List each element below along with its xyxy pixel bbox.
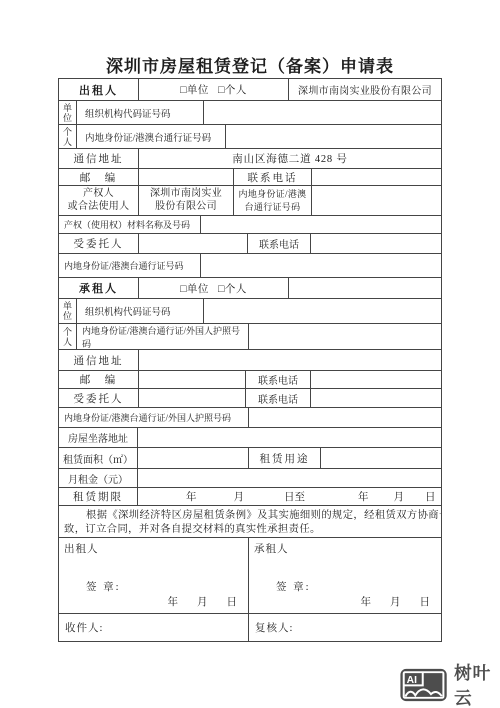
premises-location-row: 房屋坐落地址 <box>59 428 441 448</box>
property-material-label: 产权（使用权）材料名称及号码 <box>59 216 201 233</box>
lessor-agent-phone-input-cell <box>311 234 441 253</box>
property-material-input-cell <box>201 216 441 233</box>
term-year-from: 年 <box>186 489 197 504</box>
lessee-agent-id-row: 内地身份证/港澳台通行证/外国人护照号码 <box>59 408 441 428</box>
lessee-org-code-input-cell <box>204 299 441 323</box>
premises-usage-label: 租赁用途 <box>249 448 321 468</box>
lessee-phone-label: 联系电话 <box>246 371 311 388</box>
lessee-agent-phone-label: 联系电话 <box>246 389 311 407</box>
lessee-person-label: 个人 <box>62 327 73 347</box>
lessor-signature-cell: 出租人 签 章: 年 月 日 <box>59 538 249 613</box>
term-day-from-to: 日至 <box>284 489 305 504</box>
lessor-person-id-label: 内地身份证/港澳台通行证号码 <box>77 125 226 148</box>
owner-id-input-cell <box>312 186 441 215</box>
watermark: AI 树叶云 <box>400 660 500 708</box>
declaration-row: 根据《深圳经济特区房屋租赁条例》及其实施细则的规定，经租赁双方协商一 致，订立合… <box>59 506 441 538</box>
lessor-agent-phone-label: 联系电话 <box>248 234 311 253</box>
lessor-unit-label: 单位 <box>62 103 73 123</box>
lessor-label: 出租人 <box>59 79 139 100</box>
lessee-postal-input-cell <box>139 371 246 388</box>
svg-text:AI: AI <box>407 675 417 686</box>
premises-area-input-cell <box>138 448 249 468</box>
lessor-postal-input-cell <box>139 169 234 185</box>
lessee-agent-input-cell <box>139 389 246 407</box>
lessor-unit-column: 单位 <box>59 101 77 124</box>
owner-label: 产权人 或合法使用人 <box>59 186 139 215</box>
receiver-label: 收件人: <box>59 614 249 641</box>
lessee-address-label: 通信地址 <box>59 350 139 370</box>
lessor-org-code-input-cell <box>204 101 441 124</box>
lessee-address-row: 通信地址 <box>59 350 441 371</box>
lessee-unit-label: 单位 <box>62 301 73 321</box>
lessee-postal-label: 邮 编 <box>59 371 139 388</box>
lessee-person-column: 个人 <box>59 324 77 349</box>
lessor-person-id-row: 个人 内地身份证/港澳台通行证号码 <box>59 125 441 149</box>
lessee-signature-cell: 承租人 签 章: 年 月 日 <box>249 538 441 613</box>
document-page: 深圳市房屋租赁登记（备案）申请表 出租人 □单位 □个人 深圳市南岗实业股份有限… <box>0 0 500 708</box>
ai-image-logo-icon: AI <box>400 665 447 705</box>
premises-area-label: 租赁面积（㎡） <box>59 448 138 468</box>
lessor-person-label: 个人 <box>62 127 73 147</box>
lessor-postal-label: 邮 编 <box>59 169 139 185</box>
premises-location-input-cell <box>138 428 441 447</box>
lessee-agent-label: 受委托人 <box>59 389 139 407</box>
property-owner-row: 产权人 或合法使用人 深圳市南岗实业 股份有限公司 内地身份证/港澳 台通行证号… <box>59 186 441 216</box>
lessor-phone-input-cell <box>312 169 441 185</box>
lessee-person-id-input-cell <box>249 324 441 349</box>
signature-row: 出租人 签 章: 年 月 日 承租人 签 章: 年 月 日 <box>59 538 441 614</box>
lessor-agent-label: 受委托人 <box>59 234 139 253</box>
lessee-agent-row: 受委托人 联系电话 <box>59 389 441 408</box>
lessee-type-checkboxes: □单位 □个人 <box>139 278 289 298</box>
lessor-signature-label: 出租人 <box>64 541 243 556</box>
lessee-agent-id-input-cell <box>249 408 441 427</box>
term-month-from: 月 <box>234 489 245 504</box>
owner-id-label: 内地身份证/港澳 台通行证号码 <box>234 186 312 215</box>
lessee-person-id-row: 个人 内地身份证/港澳台通行证/外国人护照号码 <box>59 324 441 350</box>
lessee-postal-phone-row: 邮 编 联系电话 <box>59 371 441 389</box>
lessee-name-input-cell <box>289 278 441 298</box>
lessor-type-checkboxes: □单位 □个人 <box>139 79 289 100</box>
lessor-signature-date: 年 月 日 <box>64 594 243 609</box>
lessor-seal-label: 签 章: <box>86 579 243 594</box>
term-year-to: 年 <box>358 489 369 504</box>
lessee-signature-label: 承租人 <box>254 541 436 556</box>
premises-location-label: 房屋坐落地址 <box>59 428 138 447</box>
term-day-to: 日 <box>425 489 436 504</box>
premises-term-row: 租赁期限 年 月 日至 年 月 日 <box>59 488 441 506</box>
lessor-agent-input-cell <box>139 234 248 253</box>
premises-rent-row: 月租金（元） <box>59 469 441 488</box>
declaration-paragraph: 根据《深圳经济特区房屋租赁条例》及其实施细则的规定，经租赁双方协商一 致，订立合… <box>59 506 441 537</box>
lessee-unit-column: 单位 <box>59 299 77 323</box>
lessee-phone-input-cell <box>311 371 441 388</box>
lessee-person-id-label: 内地身份证/港澳台通行证/外国人护照号码 <box>77 324 249 349</box>
term-month-to: 月 <box>394 489 405 504</box>
premises-usage-input-cell <box>321 448 441 468</box>
lessee-agent-id-label: 内地身份证/港澳台通行证/外国人护照号码 <box>59 408 249 427</box>
lessor-address-value: 南山区海德二道 428 号 <box>139 149 441 168</box>
premises-rent-input-cell <box>138 469 441 487</box>
watermark-brand-text: 树叶云 <box>454 660 500 708</box>
premises-term-date-cell: 年 月 日至 年 月 日 <box>138 488 441 505</box>
lessor-address-row: 通信地址 南山区海德二道 428 号 <box>59 149 441 169</box>
lessee-header-row: 承租人 □单位 □个人 <box>59 278 441 299</box>
lessor-org-code-label: 组织机构代码证号码 <box>77 101 204 124</box>
lessor-person-id-input-cell <box>226 125 441 148</box>
lessor-agent-id-input-cell <box>201 254 441 277</box>
lessor-header-row: 出租人 □单位 □个人 深圳市南岗实业股份有限公司 <box>59 79 441 101</box>
office-use-row: 收件人: 复核人: <box>59 614 441 641</box>
application-form-table: 出租人 □单位 □个人 深圳市南岗实业股份有限公司 单位 组织机构代码证号码 个… <box>58 78 442 642</box>
form-title: 深圳市房屋租赁登记（备案）申请表 <box>0 52 500 77</box>
lessor-phone-label: 联系电话 <box>234 169 312 185</box>
lessee-address-input-cell <box>139 350 441 370</box>
lessee-signature-date: 年 月 日 <box>254 594 436 609</box>
lessor-agent-id-label: 内地身份证/港澳台通行证号码 <box>59 254 201 277</box>
declaration-line1: 根据《深圳经济特区房屋租赁条例》及其实施细则的规定，经租赁双方协商一 <box>64 509 441 523</box>
lessee-label: 承租人 <box>59 278 139 298</box>
lessee-org-code-row: 单位 组织机构代码证号码 <box>59 299 441 324</box>
lessor-agent-row: 受委托人 联系电话 <box>59 234 441 254</box>
lessor-postal-phone-row: 邮 编 联系电话 <box>59 169 441 186</box>
premises-area-usage-row: 租赁面积（㎡） 租赁用途 <box>59 448 441 469</box>
reviewer-label: 复核人: <box>249 614 441 641</box>
lessor-name-value: 深圳市南岗实业股份有限公司 <box>289 79 441 100</box>
lessee-seal-label: 签 章: <box>276 579 436 594</box>
lessor-address-label: 通信地址 <box>59 149 139 168</box>
lessor-org-code-row: 单位 组织机构代码证号码 <box>59 101 441 125</box>
premises-rent-label: 月租金（元） <box>59 469 138 487</box>
lessee-org-code-label: 组织机构代码证号码 <box>77 299 204 323</box>
lessor-agent-id-row: 内地身份证/港澳台通行证号码 <box>59 254 441 278</box>
declaration-line2: 致，订立合同，并对各自提交材料的真实性承担责任。 <box>64 523 321 537</box>
premises-term-label: 租赁期限 <box>59 488 138 505</box>
lessee-agent-phone-input-cell <box>311 389 441 407</box>
lessor-person-column: 个人 <box>59 125 77 148</box>
owner-name-value: 深圳市南岗实业 股份有限公司 <box>139 186 234 215</box>
property-material-row: 产权（使用权）材料名称及号码 <box>59 216 441 234</box>
